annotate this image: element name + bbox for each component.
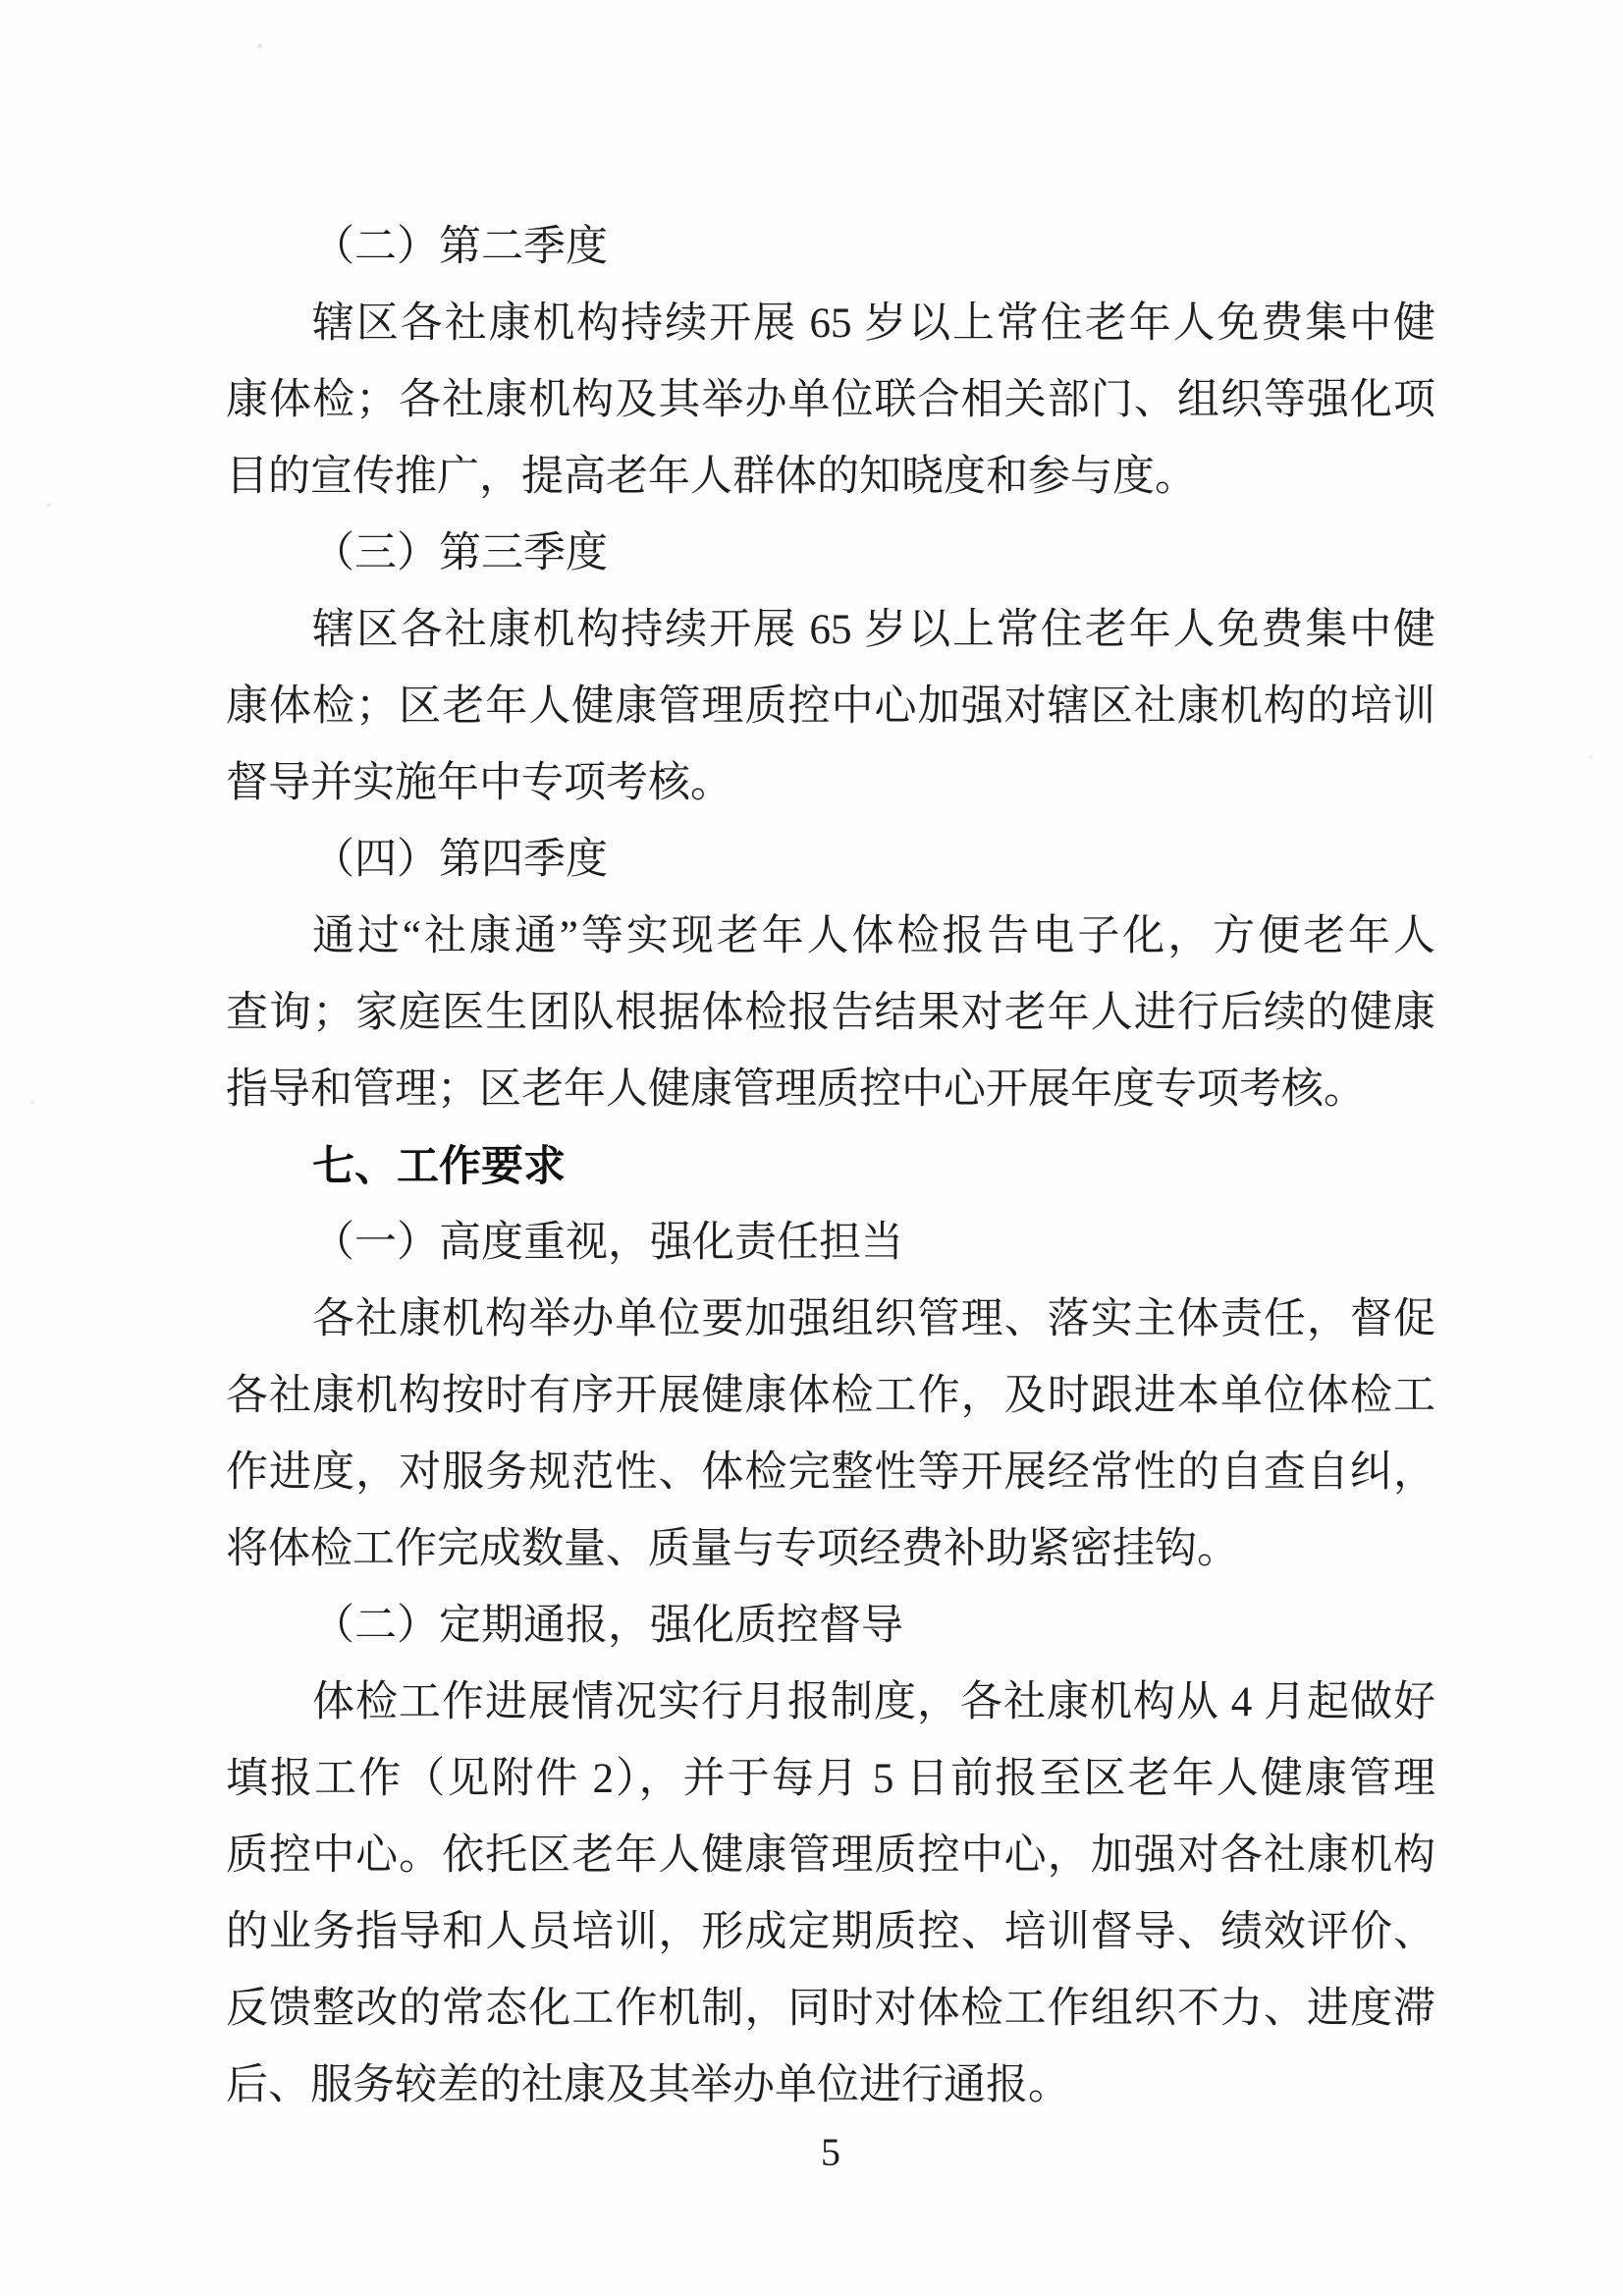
section-heading: （二）第二季度 bbox=[226, 209, 1435, 286]
body-line: 填报工作（见附件 2），并于每月 5 日前报至区老年人健康管理 bbox=[226, 1741, 1435, 1818]
chapter-heading: 七、工作要求 bbox=[226, 1128, 1435, 1205]
body-line: 督导并实施年中专项考核。 bbox=[226, 745, 1435, 822]
section-heading: （二）定期通报，强化质控督导 bbox=[226, 1588, 1435, 1665]
body-line: 反馈整改的常态化工作机制，同时对体检工作组织不力、进度滞 bbox=[226, 1971, 1435, 2048]
page-number: 5 bbox=[226, 2121, 1435, 2184]
section-heading: （三）第三季度 bbox=[226, 516, 1435, 592]
section-heading: （一）高度重视，强化责任担当 bbox=[226, 1205, 1435, 1282]
body-line: 将体检工作完成数量、质量与专项经费补助紧密挂钩。 bbox=[226, 1511, 1435, 1588]
body-line: 作进度，对服务规范性、体检完整性等开展经常性的自查自纠， bbox=[226, 1435, 1435, 1511]
body-line: 通过“社康通”等实现老年人体检报告电子化，方便老年人 bbox=[226, 899, 1435, 975]
body-line: 目的宣传推广，提高老年人群体的知晓度和参与度。 bbox=[226, 439, 1435, 516]
body-line: 后、服务较差的社康及其举办单位进行通报。 bbox=[226, 2048, 1435, 2124]
body-line: 康体检；各社康机构及其举办单位联合相关部门、组织等强化项 bbox=[226, 362, 1435, 439]
document-page: （二）第二季度 辖区各社康机构持续开展 65 岁以上常住老年人免费集中健 康体检… bbox=[0, 0, 1623, 2296]
body-line: 查询；家庭医生团队根据体检报告结果对老年人进行后续的健康 bbox=[226, 975, 1435, 1052]
body-line: 体检工作进展情况实行月报制度，各社康机构从 4 月起做好 bbox=[226, 1665, 1435, 1741]
body-line: 各社康机构按时有序开展健康体检工作，及时跟进本单位体检工 bbox=[226, 1358, 1435, 1435]
body-line: 的业务指导和人员培训，形成定期质控、培训督导、绩效评价、 bbox=[226, 1894, 1435, 1971]
body-line: 各社康机构举办单位要加强组织管理、落实主体责任，督促 bbox=[226, 1282, 1435, 1358]
body-line: 辖区各社康机构持续开展 65 岁以上常住老年人免费集中健 bbox=[226, 592, 1435, 669]
section-heading: （四）第四季度 bbox=[226, 822, 1435, 899]
body-line: 辖区各社康机构持续开展 65 岁以上常住老年人免费集中健 bbox=[226, 286, 1435, 362]
body-line: 指导和管理；区老年人健康管理质控中心开展年度专项考核。 bbox=[226, 1052, 1435, 1128]
document-body: （二）第二季度 辖区各社康机构持续开展 65 岁以上常住老年人免费集中健 康体检… bbox=[226, 209, 1435, 2124]
body-line: 质控中心。依托区老年人健康管理质控中心，加强对各社康机构 bbox=[226, 1818, 1435, 1894]
body-line: 康体检；区老年人健康管理质控中心加强对辖区社康机构的培训 bbox=[226, 669, 1435, 745]
